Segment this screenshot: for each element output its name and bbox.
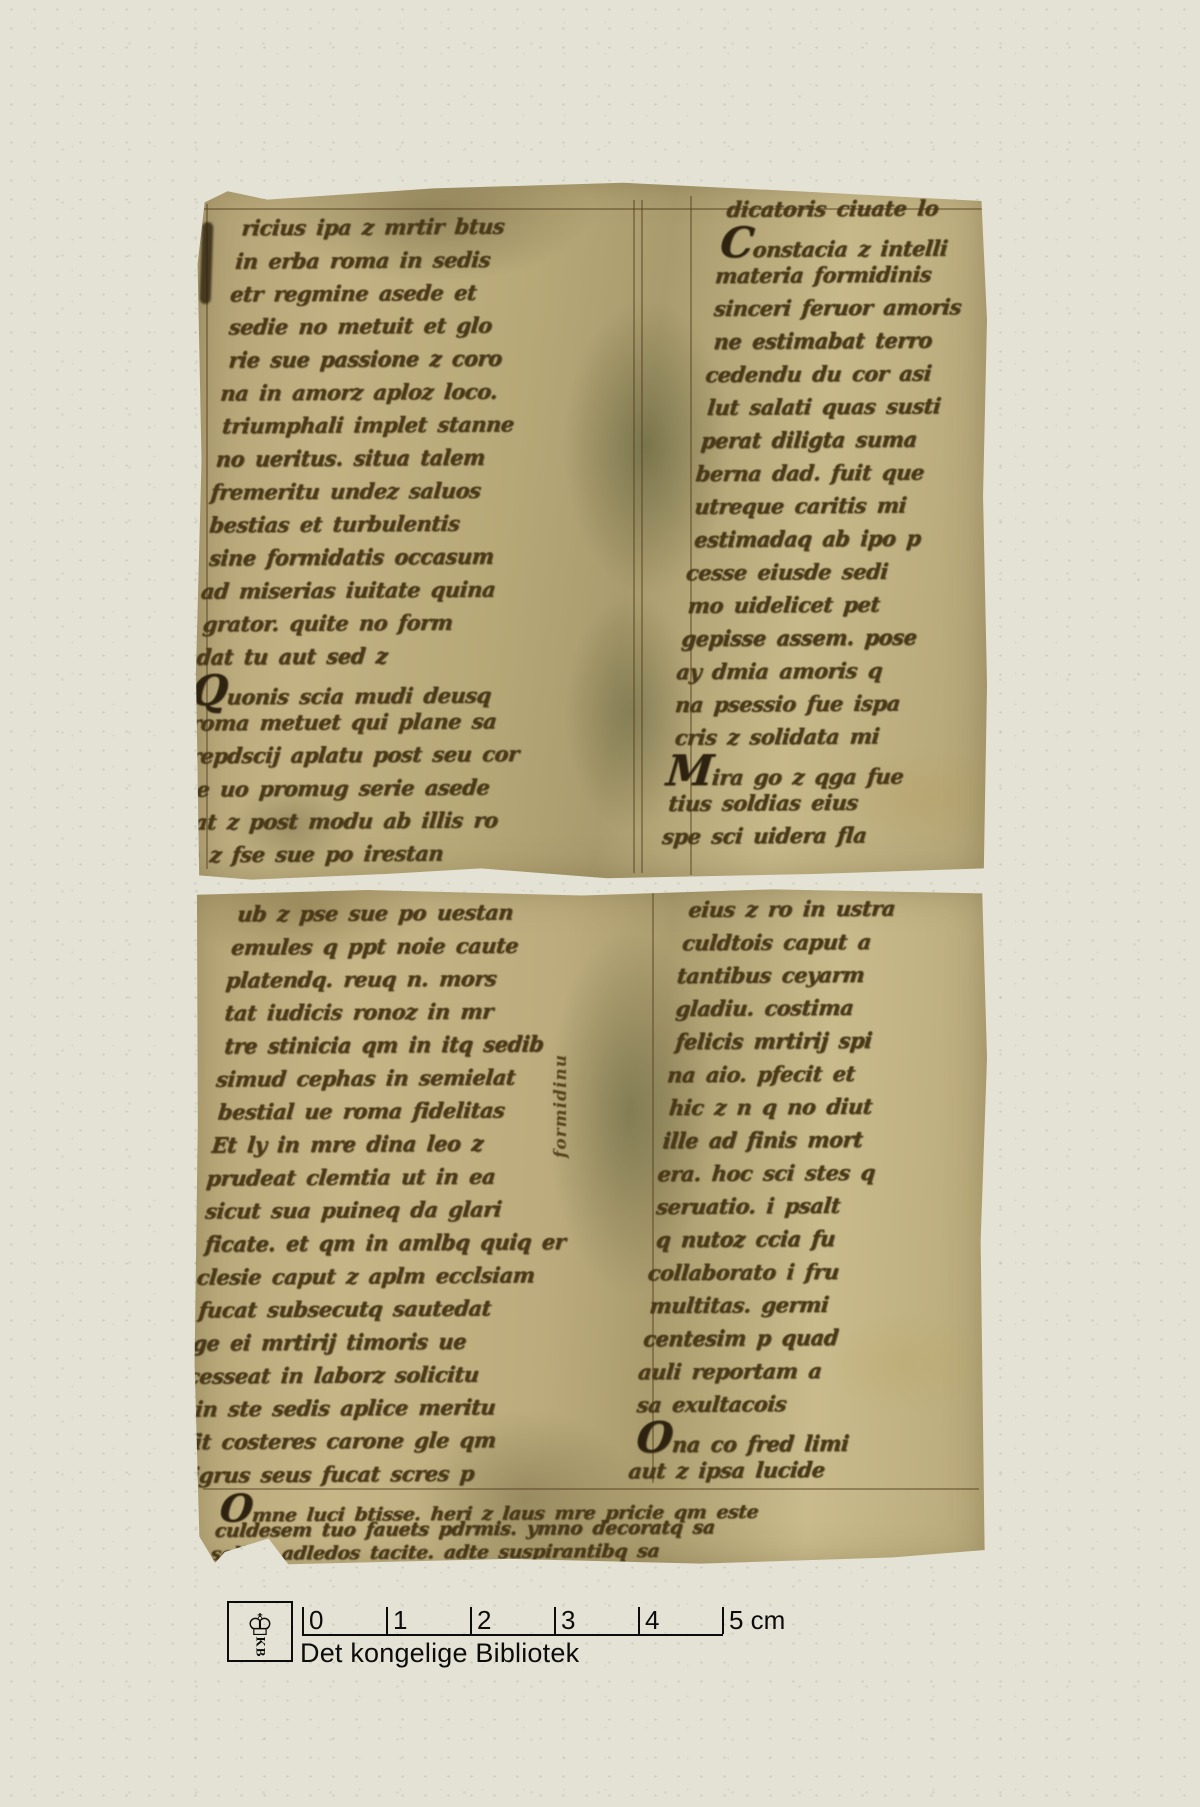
manuscript-line: rie sue passione z coro (227, 341, 656, 377)
manuscript-line: bestias et turbulentis (208, 506, 640, 542)
manuscript-line: tat iudicis ronoz in mr (223, 993, 667, 1029)
manuscript-line: ne estimabat terro (712, 323, 987, 358)
manuscript-line: platendq. reuq n. mors (224, 960, 670, 996)
manuscript-line: sa exultacois (635, 1386, 967, 1421)
manuscript-line: bestial ue roma fidelitas (216, 1092, 657, 1128)
manuscript-line: ad miserias iuitate quina (199, 572, 633, 608)
manuscript-line: cesse eiusde sedi (684, 554, 983, 589)
logo-kb-text: KB (254, 1636, 266, 1657)
manuscript-line: rat z post modu ab illis ro (196, 802, 610, 838)
manuscript-fragment-lower: ub z pse sue po uestanemules q ppt noie … (193, 888, 987, 1567)
manuscript-line: ne uo promug serie asede (196, 770, 613, 806)
manuscript-line: estimadaq ab ipo p (693, 521, 987, 556)
manuscript-line: repdscij aplatu post seu cor (196, 737, 617, 773)
scale-tick-label: 2 (470, 1607, 491, 1634)
manuscript-line: clesie caput z aplm ecclsiam (195, 1257, 641, 1293)
manuscript-line: grator. quite no form (201, 605, 630, 641)
manuscript-fragment-upper: ricius ipa z mrtir btusin erba roma in s… (196, 180, 987, 881)
manuscript-line: etr regmine asede et (229, 275, 663, 311)
scale-tick-label: 3 (554, 1607, 575, 1634)
manuscript-line: lut salati quas susti (706, 389, 987, 424)
manuscript-line: in erba roma in sedis (234, 242, 666, 278)
manuscript-line: na aio. pfecit et (666, 1056, 987, 1091)
manuscript-line: materia formidinis (714, 257, 987, 292)
manuscript-line: hic z n q no diut (667, 1089, 987, 1124)
margin-ink-stroke (200, 222, 214, 304)
manuscript-line: prudeat clemtia ut in ea (205, 1158, 651, 1194)
manuscript-line: felicis mrtirij spi (674, 1023, 987, 1058)
manuscript-line: ille ad finis mort (661, 1122, 987, 1157)
manuscript-line: multitas. germi (648, 1287, 977, 1322)
library-name: Det kongelige Bibliotek (300, 1638, 579, 1669)
text-column-upper-left: ricius ipa z mrtir btusin erba roma in s… (196, 209, 669, 872)
scale-tick-label: 4 (638, 1607, 659, 1634)
manuscript-line: sedie no metuit et glo (227, 308, 659, 344)
manuscript-line: cris z solidata mi (673, 719, 967, 754)
manuscript-line: Ona co fred limi (635, 1419, 964, 1454)
manuscript-line: cedendu du cor asi (704, 356, 987, 391)
manuscript-line: ge ei mrtirij timoris ue (193, 1323, 634, 1359)
text-column-lower-left: ub z pse sue po uestanemules q ppt noie … (193, 894, 676, 1491)
manuscript-line: solisti adledos tacite. adte suspirantib… (209, 1537, 976, 1565)
manuscript-line: sicut sua puineq da glari (204, 1191, 648, 1227)
manuscript-line: ricius ipa z mrtir btus (240, 209, 669, 245)
manuscript-line: auli reportam a (636, 1353, 970, 1388)
library-logo: ♔ KB (227, 1601, 293, 1662)
manuscript-line: simud cephas in semielat (215, 1059, 661, 1095)
manuscript-line: perat diligta suma (699, 422, 987, 457)
manuscript-line: gladiu. costima (674, 990, 987, 1025)
manuscript-line: era. hoc sci stes q (656, 1155, 987, 1190)
manuscript-line: tantibus ceyarm (675, 957, 987, 992)
manuscript-line: ib z fse sue po irestan (196, 835, 607, 871)
manuscript-line: tin ste sedis aplice meritu (193, 1389, 628, 1425)
manuscript-line: Mira go z qga fue (665, 752, 964, 787)
manuscript-line: na psessio fue ispa (673, 686, 970, 721)
manuscript-line: fremeritu undez saluos (209, 473, 643, 509)
manuscript-line: spe sci uidera fla (661, 818, 958, 853)
manuscript-line: dicatoris ciuate lo (725, 191, 987, 226)
manuscript-line: Constacia z intelli (719, 224, 987, 259)
manuscript-line: ficate. et qm in amlbq quiq er (203, 1224, 644, 1260)
manuscript-line: fit costeres carone gle qm (193, 1422, 624, 1458)
manuscript-line: tre stinicia qm in itq sedib (223, 1026, 664, 1062)
manuscript-line: cesseat in laborz solicitu (193, 1356, 631, 1392)
manuscript-line: sinceri feruor amoris (712, 290, 987, 325)
manuscript-line: q nutoz ccia fu (654, 1221, 983, 1256)
manuscript-line: aut z ipsa lucide (627, 1452, 961, 1487)
margin-note: formidinu (551, 928, 575, 1158)
manuscript-line: dat tu aut sed z (196, 638, 626, 674)
scale-tick-label: 0 (302, 1607, 323, 1634)
manuscript-line: utreque caritis mi (693, 488, 987, 523)
addendum-lines: Omne luci btisse. heri z laus mre pricie… (211, 1491, 980, 1565)
manuscript-line: ay dmia amoris q (675, 653, 974, 688)
manuscript-line: collaborato i fru (646, 1254, 980, 1289)
manuscript-line: eius z ro in ustra (687, 891, 987, 926)
manuscript-line: culdtois caput a (681, 924, 987, 959)
manuscript-line: gepisse assem. pose (680, 620, 977, 655)
text-column-lower-right: eius z ro in ustraculdtois caput atantib… (629, 891, 987, 1487)
text-column-upper-right: dicatoris ciuate loConstacia z intellima… (661, 191, 987, 853)
manuscript-line: tius soldias eius (667, 785, 961, 820)
manuscript-line: triumphali implet stanne (221, 407, 650, 443)
manuscript-line: berna dad. fuit que (694, 455, 987, 490)
manuscript-line: no ueritus. situa talem (214, 440, 646, 476)
manuscript-line: emules q ppt noie caute (230, 927, 674, 963)
manuscript-line: mo uidelicet pet (686, 587, 980, 622)
manuscript-line: seruatio. i psalt (655, 1188, 987, 1223)
manuscript-line: Quonis scia mudi deusq (196, 671, 623, 707)
manuscript-line: Et ly in mre dina leo z (210, 1125, 654, 1161)
manuscript-line: centesim p quad (642, 1320, 974, 1355)
manuscript-line: bigrus seus fucat scres p (193, 1455, 621, 1491)
scale-bar: 012345 cm (302, 1604, 723, 1636)
manuscript-line: fucat subsecutq sautedat (197, 1290, 638, 1326)
scale-tick-label: 1 (386, 1607, 407, 1634)
paper-background: ricius ipa z mrtir btusin erba roma in s… (0, 0, 1200, 1807)
manuscript-line: na in amorz aploz loco. (219, 374, 653, 410)
manuscript-line: ub z pse sue po uestan (236, 894, 677, 930)
scale-tick-label: 5 cm (722, 1607, 785, 1634)
manuscript-line: roma metuet qui plane sa (196, 704, 620, 740)
manuscript-line: sine formidatis occasum (208, 539, 637, 575)
